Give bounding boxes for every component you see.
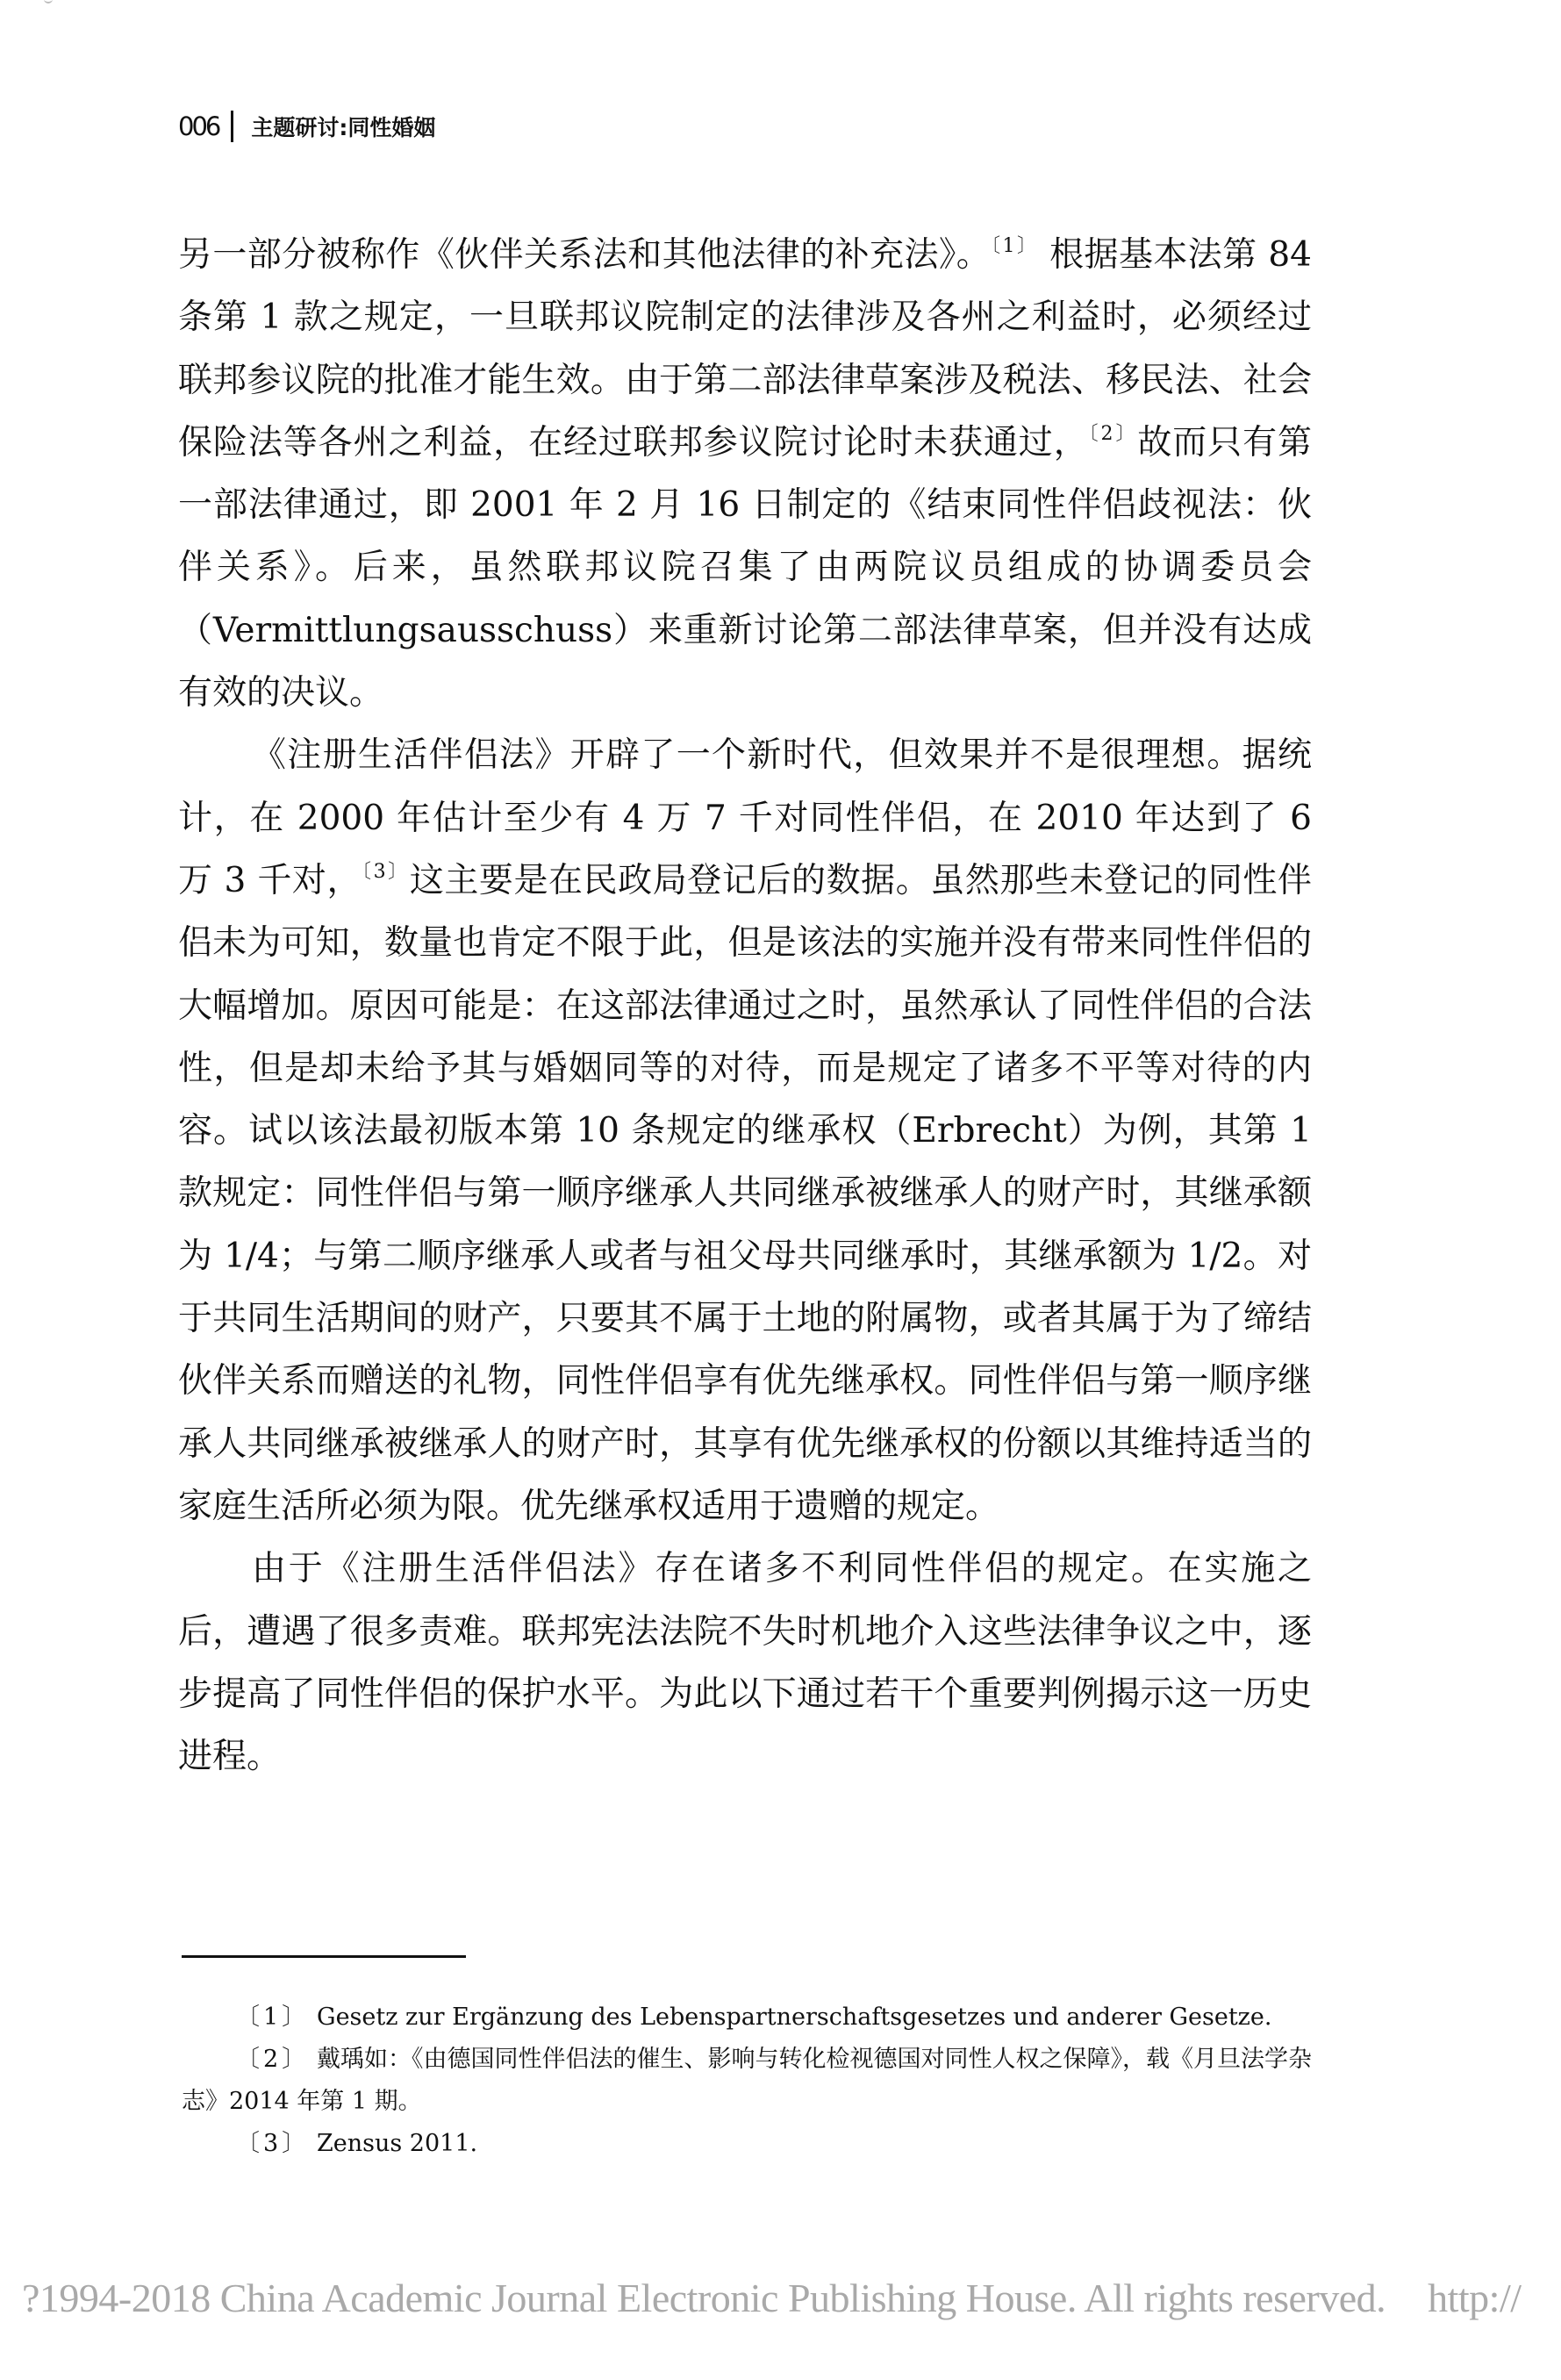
footnote-text: Gesetz zur Ergänzung des Lebenspartnersc… xyxy=(317,2004,1271,2031)
footnote-mark: 〔1〕 xyxy=(236,1996,317,2039)
footnote-text: 戴瑀如：《由德国同性伴侣法的催生、影响与转化检视德国对同性人权之保障》，载《月旦… xyxy=(182,2046,1312,2115)
body-text: 另一部分被称作《伙伴关系法和其他法律的补充法》。〔1〕 根据基本法第 84 条第… xyxy=(178,224,1312,1788)
header-divider xyxy=(231,111,233,142)
running-header: 006 主题研讨:同性婚姻 xyxy=(178,109,435,144)
footnote-ref-2[interactable]: 〔2〕 xyxy=(1089,423,1138,445)
paragraph-3: 由于《注册生活伴侣法》存在诸多不利同性伴侣的规定。在实施之后，遭遇了很多责难。联… xyxy=(178,1538,1312,1788)
footnote-separator xyxy=(182,1955,466,1958)
footnote-ref-3[interactable]: 〔3〕 xyxy=(362,861,410,883)
watermark-url[interactable]: http:// xyxy=(1428,2276,1521,2320)
footnote-1: 〔1〕Gesetz zur Ergänzung des Lebenspartne… xyxy=(182,1996,1314,2039)
paragraph-text: 另一部分被称作《伙伴关系法和其他法律的补充法》。 xyxy=(178,235,991,275)
paragraph-text: 故而只有第一部法律通过，即 2001 年 2 月 16 日制定的《结束同性伴侣歧… xyxy=(178,423,1312,713)
paragraph-2: 《注册生活伴侣法》开辟了一个新时代，但效果并不是很理想。据统计，在 2000 年… xyxy=(178,724,1312,1538)
footnote-mark: 〔3〕 xyxy=(236,2123,317,2165)
footnote-2: 〔2〕戴瑀如：《由德国同性伴侣法的催生、影响与转化检视德国对同性人权之保障》，载… xyxy=(182,2039,1314,2123)
footnote-text: Zensus 2011. xyxy=(317,2130,477,2157)
paragraph-1: 另一部分被称作《伙伴关系法和其他法律的补充法》。〔1〕 根据基本法第 84 条第… xyxy=(178,224,1312,724)
footnote-3: 〔3〕Zensus 2011. xyxy=(182,2123,1314,2165)
paragraph-text: 这主要是在民政局登记后的数据。虽然那些未登记的同性伴侣未为可知，数量也肯定不限于… xyxy=(178,861,1312,1526)
footnotes: 〔1〕Gesetz zur Ergänzung des Lebenspartne… xyxy=(182,1996,1314,2165)
footnote-mark: 〔2〕 xyxy=(236,2039,317,2081)
section-title: 主题研讨:同性婚姻 xyxy=(251,111,435,142)
footnote-ref-1[interactable]: 〔1〕 xyxy=(991,235,1038,257)
page-number: 006 xyxy=(178,111,218,141)
scan-artifact-mark xyxy=(44,0,53,4)
copyright-watermark: ?1994-2018 China Academic Journal Electr… xyxy=(22,2275,1522,2321)
copyright-text: ?1994-2018 China Academic Journal Electr… xyxy=(22,2276,1386,2320)
